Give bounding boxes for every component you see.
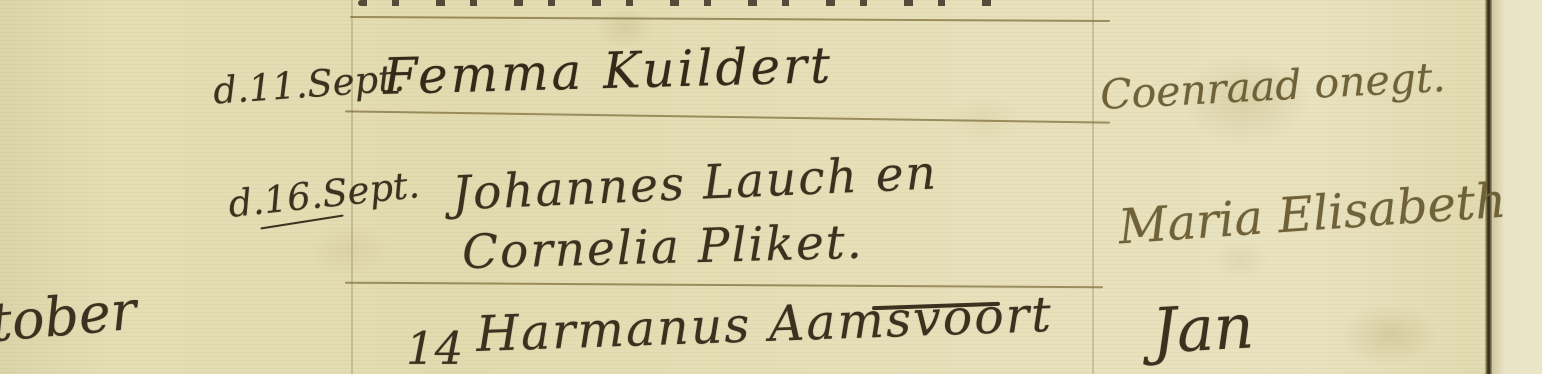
parents-name: Harmanus Aamsvoort: [475, 290, 1053, 359]
register-row: tober 14 Harmanus Aamsvoort Jan: [0, 0, 1542, 374]
register-page-scan: d.11.Sept. Femma Kuildert Coenraad onegt…: [0, 0, 1542, 374]
entry-date: 14: [406, 326, 463, 371]
child-name: Jan: [1150, 295, 1255, 362]
month-margin-note: tober: [0, 284, 139, 351]
